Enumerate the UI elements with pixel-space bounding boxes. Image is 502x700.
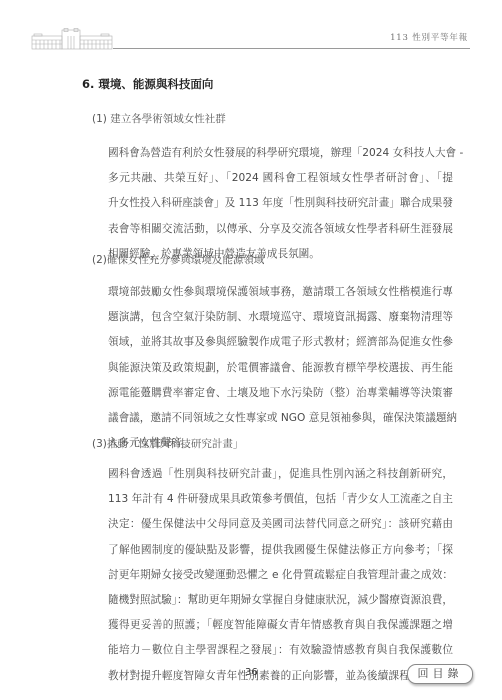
paragraph-line: 決定：優生保健法中父母同意及美國司法替代同意之研究」：該研究藉由 (108, 512, 453, 537)
paragraph-line: 表會等相關交流活動，以傳承、分享及交流各領域女性學者科研生涯發展 (108, 217, 453, 242)
paragraph-line: 討更年期婦女接受改變運動恐懼之 e 化骨質疏鬆症自我管理計畫之成效： (108, 563, 453, 588)
page-header: 113 性別平等年報 (0, 0, 502, 60)
header-divider (113, 48, 470, 49)
paragraph-line: 環境部鼓勵女性參與環境保護領域事務，邀請環工各領域女性楷模進行專 (108, 280, 453, 305)
subsection-2-title: (2)確保女性充分參與環境及能源領域 (92, 252, 264, 267)
page-number: 36 (245, 667, 258, 678)
paragraph-line: 與能源決策及政策規劃，於電價審議會、能源教育標竿學校選拔、再生能 (108, 356, 453, 381)
paragraph-line: 教材對提升輕度智障女青年性別素養的正向影響，並為後續課程優化提供 (108, 664, 453, 689)
paragraph-line: 能培力－數位自主學習課程之發展」：有效驗證情感教育與自我保護數位 (108, 638, 453, 663)
subsection-3-paragraph: 國科會透過「性別與科技研究計畫」，促進具性別內涵之科技創新研究， 113 年計有… (108, 462, 453, 689)
section-heading: 6. 環境、能源與科技面向 (82, 76, 213, 92)
subsection-1-title: (1) 建立各學術領域女性社群 (92, 111, 226, 126)
subsection-3-title: (3)推動「性別與科技研究計畫」 (92, 436, 243, 451)
paragraph-line: 獲得更妥善的照護；「輕度智能障礙女青年情感教育與自我保護課題之增 (108, 613, 453, 638)
paragraph-line: 國科會為營造有利於女性發展的科學研究環境，辦理「2024 女科技人大會 - (108, 141, 453, 166)
subsection-1-paragraph: 國科會為營造有利於女性發展的科學研究環境，辦理「2024 女科技人大會 - 多元… (108, 141, 453, 267)
report-title: 113 性別平等年報 (390, 31, 468, 43)
paragraph-line: 了解他國制度的優缺點及影響，提供我國優生保健法修正方向參考；「探 (108, 538, 453, 563)
building-illustration-icon (31, 28, 113, 50)
paragraph-line: 隨機對照試驗」：幫助更年期婦女掌握自身健康狀況，減少醫療資源浪費， (108, 588, 453, 613)
paragraph-line: 多元共融、共榮互好」、「2024 國科會工程領域女性學者研討會」、「提 (108, 166, 453, 191)
back-to-toc-button[interactable]: 回目錄 (407, 664, 473, 684)
paragraph-line: 題演講，包含空氣汙染防制、水環境巡守、環境資訊揭露、廢棄物清理等 (108, 305, 453, 330)
paragraph-line: 源電能躉購費率審定會、土壤及地下水污染防（整）治專業輔導等決策審 (108, 381, 453, 406)
subsection-2-paragraph: 環境部鼓勵女性參與環境保護領域事務，邀請環工各領域女性楷模進行專 題演講，包含空… (108, 280, 453, 456)
paragraph-line: 113 年計有 4 件研發成果具政策參考價值，包括「青少女人工流產之自主 (108, 487, 453, 512)
paragraph-line: 領域，並將其故事及參與經驗製作成電子形式教材；經濟部為促進女性參 (108, 330, 453, 355)
paragraph-line: 升女性投入科研座談會」及 113 年度「性別與科技研究計畫」聯合成果發 (108, 191, 453, 216)
paragraph-line: 國科會透過「性別與科技研究計畫」，促進具性別內涵之科技創新研究， (108, 462, 453, 487)
paragraph-line: 議會議，邀請不同領域之女性專家或 NGO 意見領袖參與，確保決策議題納 (108, 406, 453, 431)
